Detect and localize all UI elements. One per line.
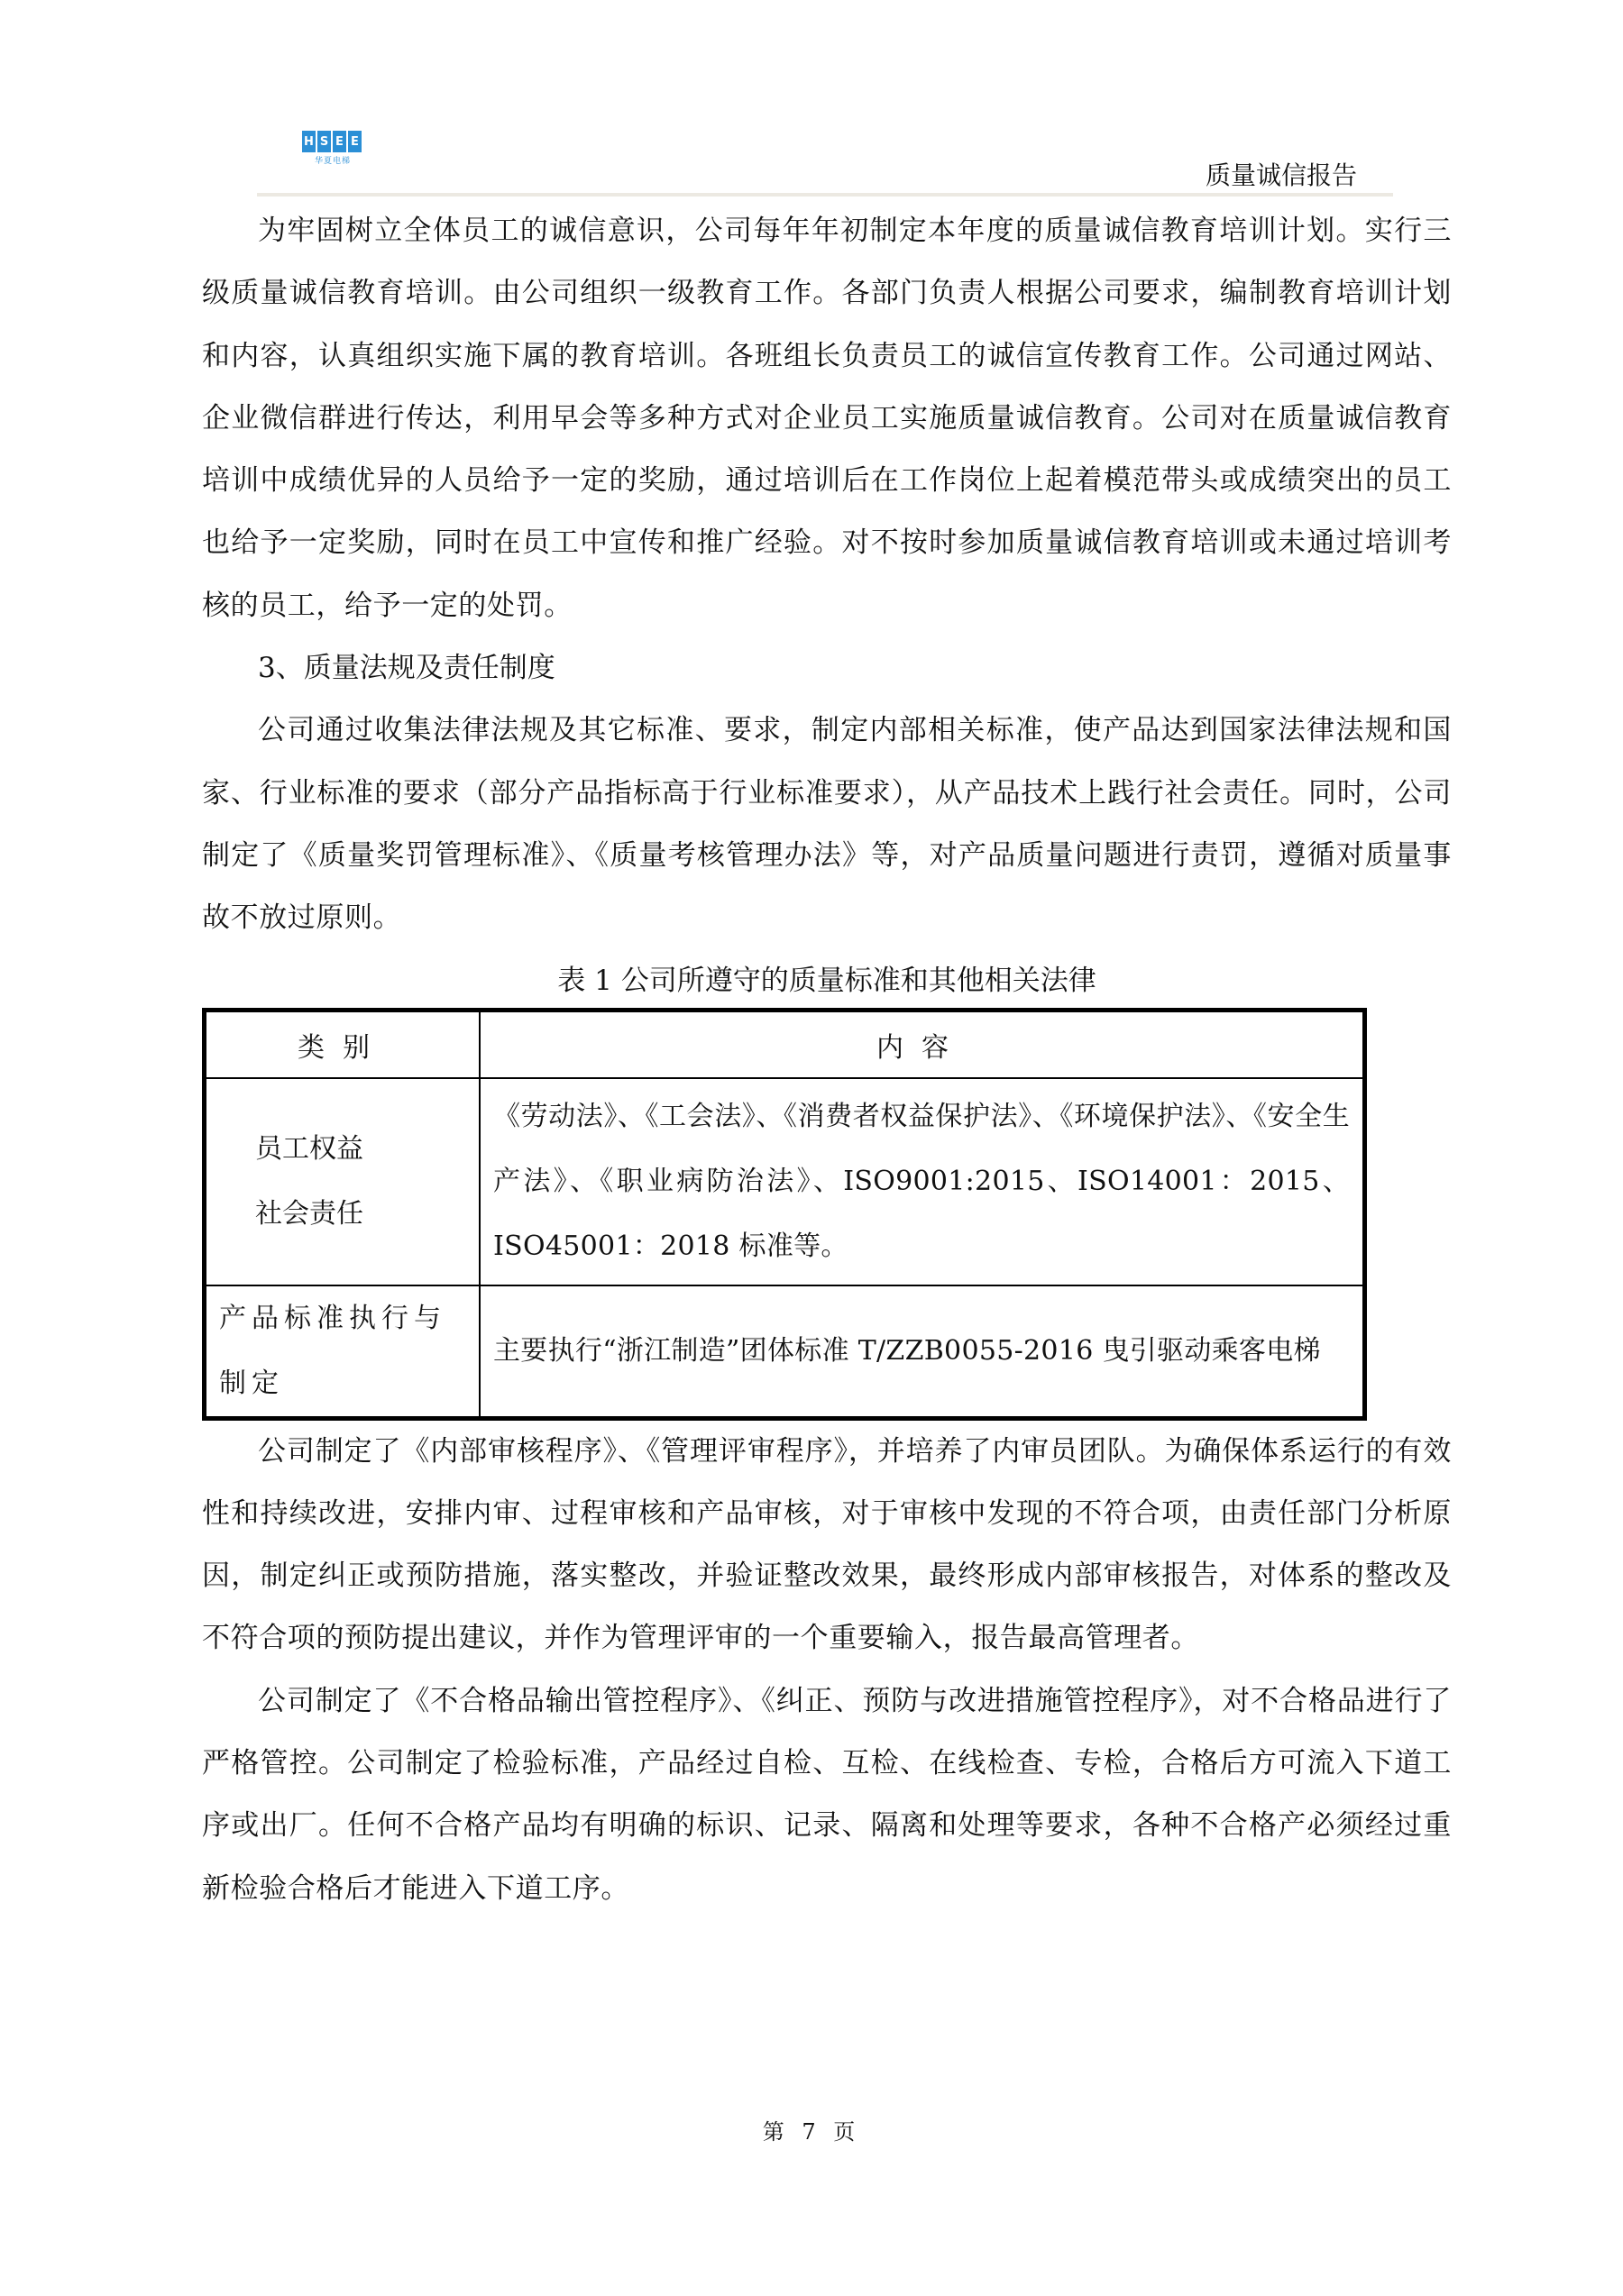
paragraph-regulations: 公司通过收集法律法规及其它标准、要求，制定内部相关标准，使产品达到国家法律法规和… bbox=[202, 700, 1452, 949]
logo-letter: E bbox=[348, 131, 362, 152]
category-line: 员工权益 bbox=[255, 1117, 466, 1182]
logo-subtitle: 华夏电梯 bbox=[302, 154, 363, 166]
category-cell: 产品标准执行与制定 bbox=[205, 1285, 481, 1419]
content-cell: 《劳动法》、《工会法》、《消费者权益保护法》、《环境保护法》、《安全生产法》、《… bbox=[480, 1078, 1365, 1285]
paragraph-training: 为牢固树立全体员工的诚信意识，公司每年年初制定本年度的质量诚信教育培训计划。实行… bbox=[202, 200, 1452, 637]
section-heading: 3、质量法规及责任制度 bbox=[202, 637, 1452, 700]
paragraph-nonconforming: 公司制定了《不合格品输出管控程序》、《纠正、预防与改进措施管控程序》，对不合格品… bbox=[202, 1670, 1452, 1920]
table-header-row: 类别 内容 bbox=[205, 1010, 1365, 1078]
table-row: 员工权益 社会责任 《劳动法》、《工会法》、《消费者权益保护法》、《环境保护法》… bbox=[205, 1078, 1365, 1285]
category-cell: 员工权益 社会责任 bbox=[205, 1078, 481, 1285]
column-header-category: 类别 bbox=[205, 1010, 481, 1078]
content-cell: 主要执行“浙江制造”团体标准 T/ZZB0055-2016 曳引驱动乘客电梯 bbox=[480, 1285, 1365, 1419]
page-header: H S E E 华夏电梯 质量诚信报告 bbox=[257, 122, 1393, 194]
page-number: 第 7 页 bbox=[0, 2114, 1623, 2145]
report-title: 质量诚信报告 bbox=[1206, 156, 1357, 192]
logo-letter: E bbox=[333, 131, 346, 152]
page-content: 为牢固树立全体员工的诚信意识，公司每年年初制定本年度的质量诚信教育培训计划。实行… bbox=[202, 200, 1452, 1920]
logo-letter: S bbox=[317, 131, 331, 152]
paragraph-internal-audit: 公司制定了《内部审核程序》、《管理评审程序》，并培养了内审员团队。为确保体系运行… bbox=[202, 1421, 1452, 1670]
category-line: 社会责任 bbox=[255, 1182, 466, 1247]
header-divider bbox=[257, 193, 1393, 197]
table-row: 产品标准执行与制定 主要执行“浙江制造”团体标准 T/ZZB0055-2016 … bbox=[205, 1285, 1365, 1419]
logo-letter: H bbox=[302, 131, 316, 152]
company-logo: H S E E 华夏电梯 bbox=[302, 131, 363, 166]
column-header-content: 内容 bbox=[480, 1010, 1365, 1078]
standards-table: 类别 内容 员工权益 社会责任 《劳动法》、《工会法》、《消费者权益保护法》、《… bbox=[202, 1008, 1367, 1421]
logo-mark: H S E E bbox=[302, 131, 363, 152]
table-caption: 表 1 公司所遵守的质量标准和其他相关法律 bbox=[202, 950, 1452, 1008]
